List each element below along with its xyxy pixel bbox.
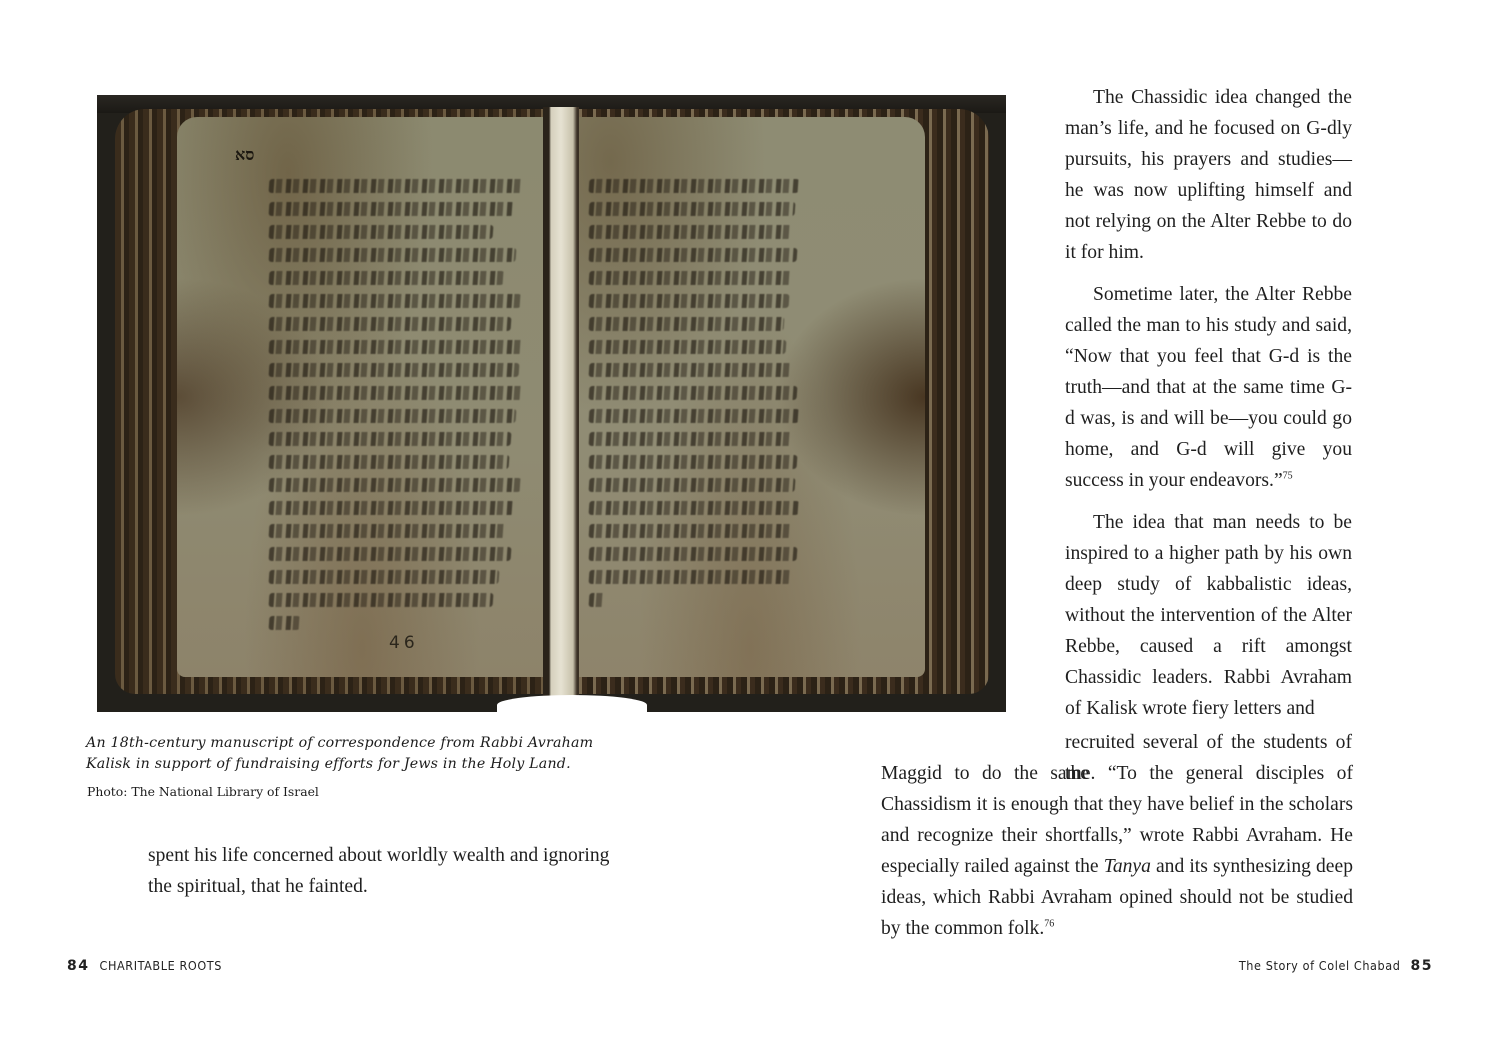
right-column: The Chassidic idea changed the man’s lif…: [1065, 82, 1352, 735]
figure-caption: An 18th-century manuscript of correspond…: [86, 733, 626, 775]
manuscript-photo: סא: [97, 95, 1006, 712]
paragraph-2-text: Sometime later, the Alter Rebbe called t…: [1065, 284, 1352, 491]
left-running-head: CHARITABLE ROOTS: [99, 958, 222, 973]
paragraph-1: The Chassidic idea changed the man’s lif…: [1065, 82, 1352, 268]
photo-cutout: [497, 695, 647, 712]
wide-paragraph: Maggid to do the same. “To the general d…: [881, 758, 1353, 944]
manuscript-page-number: 46: [389, 633, 419, 653]
right-folio: The Story of Colel Chabad85: [1239, 958, 1433, 974]
left-page-number: 84: [67, 958, 89, 974]
paragraph-2: Sometime later, the Alter Rebbe called t…: [1065, 279, 1352, 496]
handwriting-right-page: [589, 179, 799, 607]
manuscript-folio-mark: סא: [235, 145, 254, 165]
book-gutter: [543, 107, 579, 697]
left-page-paragraph: spent his life concerned about worldly w…: [148, 840, 623, 902]
tanya-title: Tanya: [1104, 856, 1151, 877]
photo-credit: Photo: The National Library of Israel: [87, 784, 319, 799]
right-page-number: 85: [1411, 958, 1433, 974]
handwriting-left-page: [269, 179, 524, 630]
left-folio: 84CHARITABLE ROOTS: [67, 958, 222, 974]
footnote-ref-76: 76: [1044, 918, 1054, 929]
right-running-head: The Story of Colel Chabad: [1239, 958, 1401, 973]
paragraph-3: The idea that man needs to be inspired t…: [1065, 507, 1352, 724]
footnote-ref-75: 75: [1283, 470, 1293, 481]
